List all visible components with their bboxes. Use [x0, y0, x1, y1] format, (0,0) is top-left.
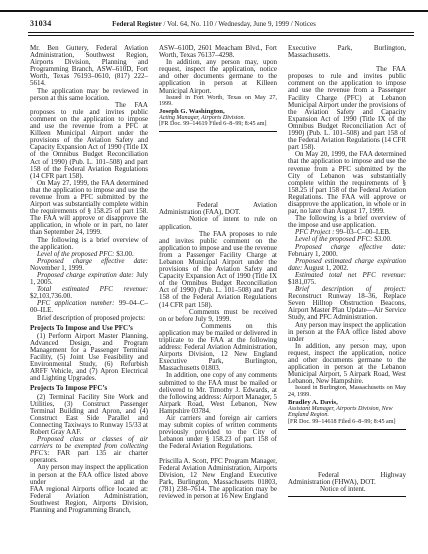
columns: Mr. Ben Guttery, Federal Aviation Admini…: [30, 45, 406, 514]
next-agency-line: Federal Highway Administration (FHWA), D…: [288, 472, 406, 486]
overview-item: Proposed estimated charge expiration dat…: [288, 258, 406, 272]
addresses-text: Comments on this application may be mail…: [159, 322, 277, 373]
agency-line: Federal Aviation Administration (FAA), D…: [159, 202, 277, 216]
addresses-line: Comments on this application may be mail…: [159, 323, 277, 373]
redacted-label-gap: [159, 327, 201, 328]
issued-line: Issued in Fort Worth, Texas on May 27, 1…: [159, 95, 277, 108]
in-addition-killeen: In addition, any person may, upon reques…: [159, 59, 277, 94]
signer-name: Joseph G. Washington,: [159, 108, 277, 115]
redacted-label-gap: [288, 490, 320, 491]
masthead-double-rule: [28, 32, 414, 36]
determination-killeen: On May 27, 1999, the FAA determined that…: [30, 180, 148, 237]
copy-note: In addition, one copy of any comments su…: [159, 372, 277, 415]
notice-divider-rule: [288, 496, 406, 497]
dates-text: Comments must be received on or before J…: [159, 308, 277, 323]
overview-intro-1: The following is a brief overview of the…: [30, 237, 148, 251]
issue-info: / Vol. 64, No. 110 / Wednesday, June 9, …: [162, 20, 316, 28]
summary-lebanon-2: The FAA proposes to rule and invites pub…: [288, 66, 406, 151]
carriers-note: Air carriers and foreign air carriers ma…: [159, 415, 277, 450]
summary-lebanon-2-text: The FAA proposes to rule and invites pub…: [288, 65, 406, 151]
redacted-label-gap: [288, 70, 376, 71]
overview-item: PFC application number: 99–04–C–00–ILE.: [30, 300, 148, 314]
address-continuation: ASW–610D, 2601 Meacham Blvd., Fort Worth…: [159, 45, 277, 59]
overview-item: Proposed charge expiration date: July 1,…: [30, 272, 148, 286]
redacted-label-gap: [159, 313, 189, 314]
redacted-label-gap: [159, 206, 197, 207]
redacted-label-gap: [159, 220, 189, 221]
dates-line: Comments must be received on or before J…: [159, 309, 277, 323]
redacted-heading-space: [288, 430, 406, 472]
heading-projects-impose-use: Projects To Impose and Use PFC’s: [30, 325, 148, 332]
inspect-note-lebanon: Any person may inspect the application i…: [288, 322, 406, 343]
signer-name: Bradley A. Davis,: [288, 399, 406, 406]
overview-item: Proposed charge effective date: November…: [30, 258, 148, 272]
redacted-label-gap: [51, 483, 109, 484]
summary-killeen: The FAA proposes to rule and invites pub…: [30, 102, 148, 180]
summary-lebanon-text: The FAA proposes to rule and invites pub…: [159, 230, 277, 309]
summary-lebanon: The FAA proposes to rule and invites pub…: [159, 231, 277, 309]
fr-doc-line: [FR Doc. 99–14619 Filed 6–8–99; 8:45 am]: [159, 121, 277, 128]
review-note: The application may be reviewed in perso…: [30, 88, 148, 102]
overview-value: Reconstruct Runway 18–36, Replace Seven …: [288, 292, 406, 321]
projects-impose-use: (1) Perform Airport Master Planning, Adv…: [30, 333, 148, 383]
signer-title: Assistant Manager, Airports Division, Ne…: [288, 406, 406, 419]
action-text: Notice of intent to rule on application.: [159, 215, 277, 230]
page-top-rule: [0, 10, 428, 12]
overview-item: Total estimated PFC revenue: $2,103,736.…: [30, 286, 148, 300]
contact-lebanon: Priscilla A. Scott, PFC Program Manager,…: [159, 458, 277, 501]
overview-item: Proposed charge effective date: February…: [288, 244, 406, 258]
redacted-label-gap: [159, 235, 199, 236]
projects-impose: (2) Terminal Facility Site Work and Util…: [30, 394, 148, 437]
overview-item: Estimated total net PFC revenue: $181,07…: [288, 272, 406, 286]
column-1: Mr. Ben Guttery, Federal Aviation Admini…: [30, 45, 148, 514]
next-agency-text: Federal Highway Administration (FHWA), D…: [288, 471, 406, 486]
column-3: Executive Park, Burlington, Massachusett…: [288, 45, 406, 514]
masthead-title: Federal Register / Vol. 64, No. 110 / We…: [0, 20, 428, 28]
masthead: 31034 Federal Register / Vol. 64, No. 11…: [0, 19, 428, 30]
next-action-line: Notice of intent.: [288, 486, 406, 493]
summary-killeen-text: The FAA proposes to rule and invites pub…: [30, 101, 148, 180]
heading-projects-impose: Projects To Impose PFC’s: [30, 385, 148, 392]
redacted-label-gap: [306, 340, 361, 341]
brief-description-line: Brief description of proposed projects:: [30, 315, 148, 322]
fr-doc-line: [FR Doc. 99–14618 Filed 6–8–99; 8:45 am]: [288, 419, 406, 426]
journal-name: Federal Register: [112, 20, 162, 28]
action-line: Notice of intent to rule on application.: [159, 216, 277, 230]
federal-register-page: 31034 Federal Register / Vol. 64, No. 11…: [0, 0, 428, 554]
signer-title: Acting Manager, Airports Division.: [159, 115, 277, 122]
redacted-heading-space: [159, 132, 277, 202]
exempt-carriers: Proposed class or classes of air carrier…: [30, 436, 148, 464]
overview-item: Brief description of project: Reconstruc…: [288, 286, 406, 321]
contact-continuation: Executive Park, Burlington, Massachusett…: [288, 45, 406, 59]
redacted-label-gap: [30, 106, 115, 107]
next-action-text: Notice of intent.: [320, 485, 366, 493]
column-2: ASW–610D, 2601 Meacham Blvd., Fort Worth…: [159, 45, 277, 514]
agency-text: Federal Aviation Administration (FAA), D…: [159, 201, 277, 216]
contact-address: Mr. Ben Guttery, Federal Aviation Admini…: [30, 45, 148, 88]
determination-lebanon: On May 20, 1999, the FAA determined that…: [288, 151, 406, 215]
issued-line: Issued in Burlington, Massachusetts on M…: [288, 385, 406, 398]
overview-intro-2: The following is a brief overview of the…: [288, 215, 406, 229]
redacted-label-gap: [288, 476, 318, 477]
in-addition-lebanon: In addition, any person may, upon reques…: [288, 343, 406, 386]
inspect-note-killeen: Any person may inspect the application i…: [30, 464, 148, 514]
